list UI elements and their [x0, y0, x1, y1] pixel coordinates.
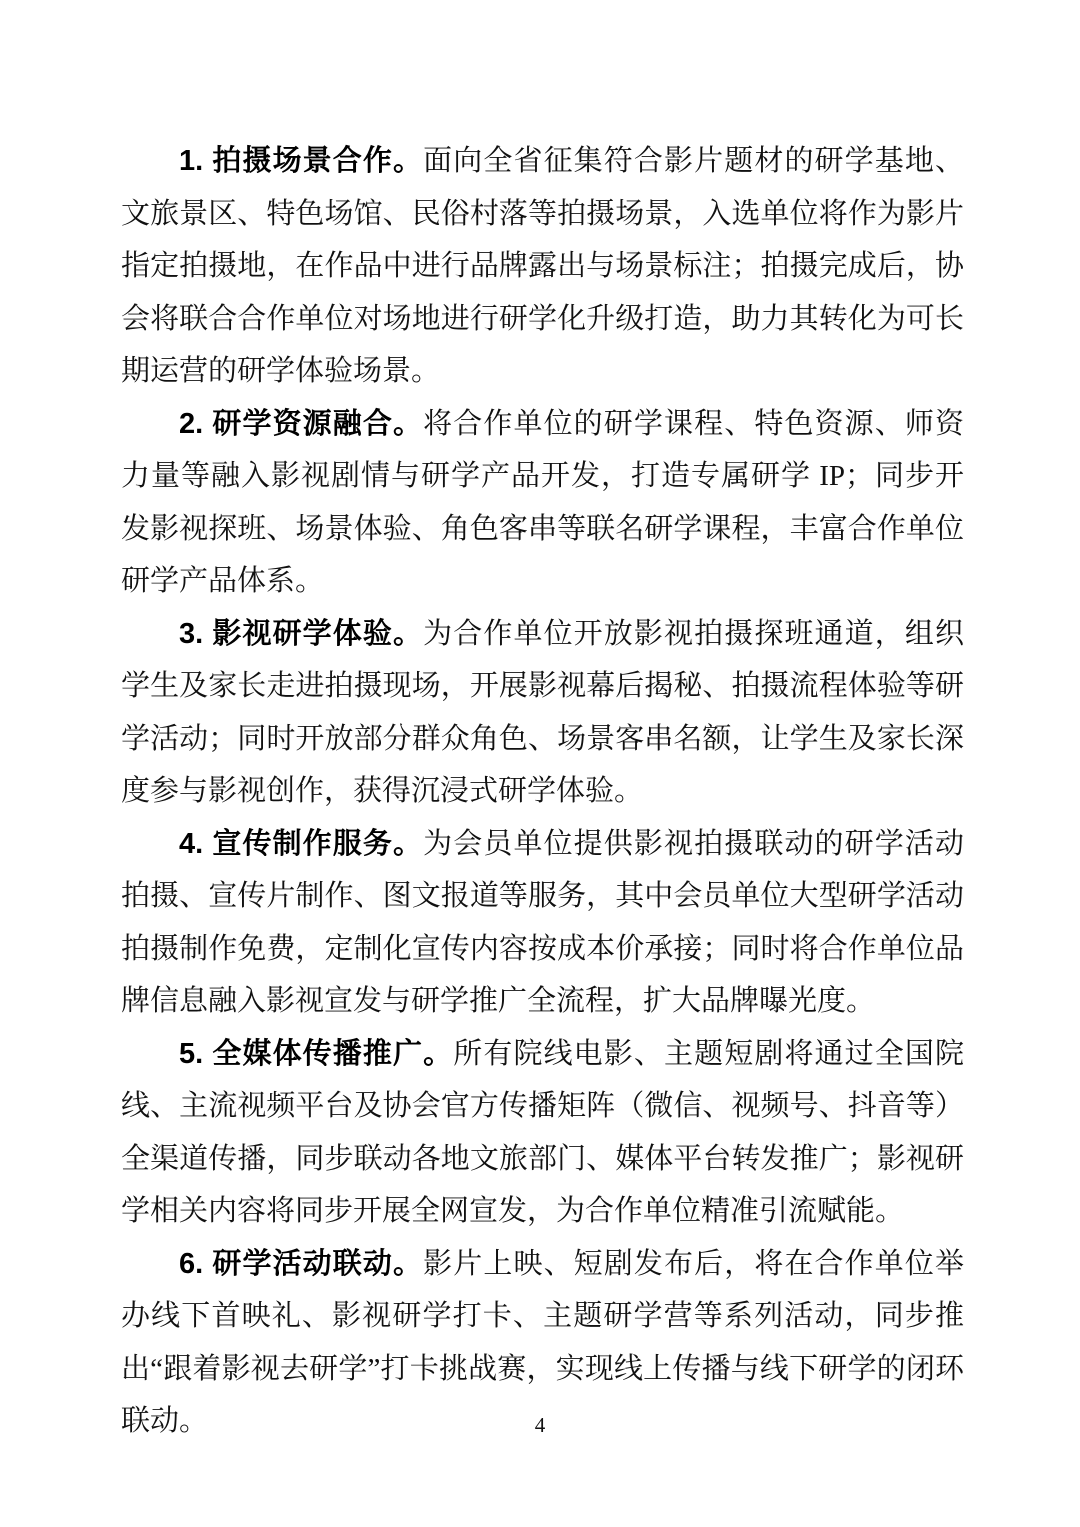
document-body: 1. 拍摄场景合作。面向全省征集符合影片题材的研学基地、文旅景区、特色场馆、民俗…	[121, 135, 964, 1448]
paragraph-3-heading: 3. 影视研学体验。	[179, 618, 423, 650]
paragraph-6-heading: 6. 研学活动联动。	[179, 1248, 423, 1280]
paragraph-1: 1. 拍摄场景合作。面向全省征集符合影片题材的研学基地、文旅景区、特色场馆、民俗…	[121, 135, 964, 398]
paragraph-2-heading: 2. 研学资源融合。	[179, 408, 423, 440]
paragraph-4-heading: 4. 宣传制作服务。	[179, 828, 423, 860]
paragraph-4: 4. 宣传制作服务。为会员单位提供影视拍摄联动的研学活动拍摄、宣传片制作、图文报…	[121, 818, 964, 1028]
paragraph-1-heading: 1. 拍摄场景合作。	[179, 145, 423, 177]
document-page: 1. 拍摄场景合作。面向全省征集符合影片题材的研学基地、文旅景区、特色场馆、民俗…	[0, 0, 1080, 1527]
paragraph-2: 2. 研学资源融合。将合作单位的研学课程、特色资源、师资力量等融入影视剧情与研学…	[121, 398, 964, 608]
paragraph-3: 3. 影视研学体验。为合作单位开放影视拍摄探班通道，组织学生及家长走进拍摄现场，…	[121, 608, 964, 818]
paragraph-5: 5. 全媒体传播推广。所有院线电影、主题短剧将通过全国院线、主流视频平台及协会官…	[121, 1028, 964, 1238]
page-number: 4	[0, 1410, 1080, 1440]
paragraph-5-heading: 5. 全媒体传播推广。	[179, 1038, 453, 1070]
paragraph-1-text: 面向全省征集符合影片题材的研学基地、文旅景区、特色场馆、民俗村落等拍摄场景，入选…	[121, 145, 964, 387]
